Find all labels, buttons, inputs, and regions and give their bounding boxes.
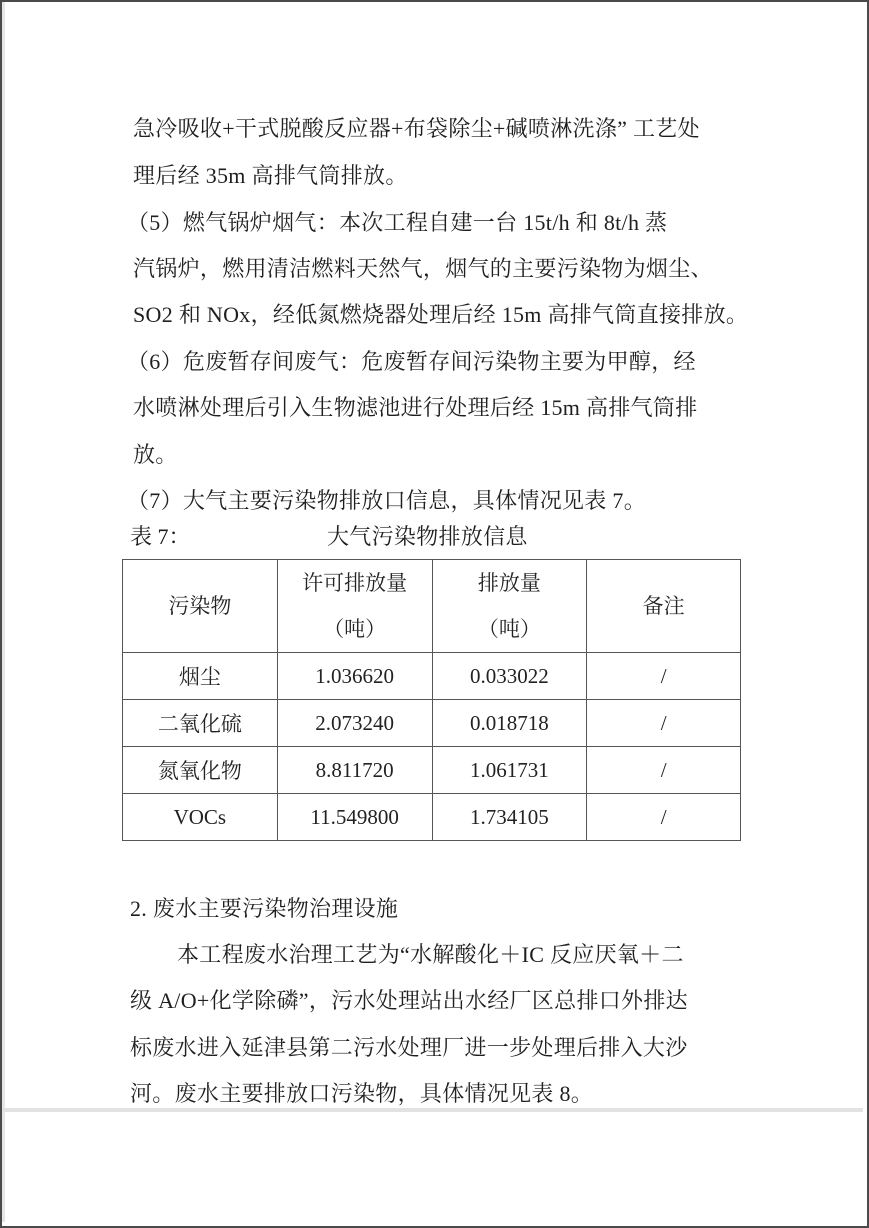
header-pollutant: 污染物 bbox=[123, 560, 278, 653]
paragraph-line: （5）燃气锅炉烟气：本次工程自建一台 15t/h 和 8t/h 蒸 bbox=[127, 208, 667, 238]
section-heading: 2. 废水主要污染物治理设施 bbox=[130, 894, 398, 924]
table-row: 烟尘 1.036620 0.033022 / bbox=[123, 653, 741, 700]
cell-emission: 0.018718 bbox=[432, 700, 587, 747]
table-header-row: 污染物 许可排放量 （吨） 排放量 （吨） 备注 bbox=[123, 560, 741, 653]
header-remark: 备注 bbox=[587, 560, 741, 653]
section-line: 河。废水主要排放口污染物，具体情况见表 8。 bbox=[130, 1079, 593, 1109]
section-line: 级 A/O+化学除磷”，污水处理站出水经厂区总排口外排达 bbox=[130, 986, 688, 1016]
section-line: 标废水进入延津县第二污水处理厂进一步处理后排入大沙 bbox=[130, 1033, 688, 1063]
section-line: 本工程废水治理工艺为“水解酸化＋IC 反应厌氧＋二 bbox=[177, 940, 684, 970]
scan-edge-shadow bbox=[2, 2, 5, 1222]
header-emission-line1: 排放量 bbox=[433, 560, 587, 606]
paragraph-line: 急冷吸收+干式脱酸反应器+布袋除尘+碱喷淋洗涤” 工艺处 bbox=[133, 114, 700, 144]
cell-remark: / bbox=[587, 794, 741, 841]
cell-permitted: 11.549800 bbox=[277, 794, 432, 841]
cell-permitted: 2.073240 bbox=[277, 700, 432, 747]
paragraph-line: （7）大气主要污染物排放口信息，具体情况见表 7。 bbox=[127, 486, 646, 516]
cell-remark: / bbox=[587, 700, 741, 747]
header-permitted: 许可排放量 （吨） bbox=[277, 560, 432, 653]
header-emission: 排放量 （吨） bbox=[432, 560, 587, 653]
cell-pollutant: 烟尘 bbox=[123, 653, 278, 700]
header-permitted-line2: （吨） bbox=[278, 606, 432, 652]
paragraph-line: 汽锅炉，燃用清洁燃料天然气，烟气的主要污染物为烟尘、 bbox=[133, 254, 713, 284]
cell-permitted: 8.811720 bbox=[277, 747, 432, 794]
cell-pollutant: VOCs bbox=[123, 794, 278, 841]
page-divider bbox=[2, 1108, 863, 1112]
paragraph-line: 放。 bbox=[133, 440, 178, 470]
cell-pollutant: 二氧化硫 bbox=[123, 700, 278, 747]
table-label: 表 7： bbox=[130, 522, 191, 552]
cell-emission: 0.033022 bbox=[432, 653, 587, 700]
cell-permitted: 1.036620 bbox=[277, 653, 432, 700]
paragraph-line: 理后经 35m 高排气筒排放。 bbox=[133, 161, 408, 191]
cell-emission: 1.734105 bbox=[432, 794, 587, 841]
cell-emission: 1.061731 bbox=[432, 747, 587, 794]
table-row: 二氧化硫 2.073240 0.018718 / bbox=[123, 700, 741, 747]
paragraph-line: 水喷淋处理后引入生物滤池进行处理后经 15m 高排气筒排 bbox=[133, 393, 698, 423]
table-row: 氮氧化物 8.811720 1.061731 / bbox=[123, 747, 741, 794]
header-permitted-line1: 许可排放量 bbox=[278, 560, 432, 606]
table-row: VOCs 11.549800 1.734105 / bbox=[123, 794, 741, 841]
header-emission-line2: （吨） bbox=[433, 606, 587, 652]
cell-remark: / bbox=[587, 747, 741, 794]
table-title: 大气污染物排放信息 bbox=[327, 522, 528, 552]
emissions-table: 污染物 许可排放量 （吨） 排放量 （吨） 备注 烟尘 1.036620 0.0… bbox=[122, 559, 741, 841]
cell-remark: / bbox=[587, 653, 741, 700]
paragraph-line: SO2 和 NOx，经低氮燃烧器处理后经 15m 高排气筒直接排放。 bbox=[133, 300, 748, 330]
cell-pollutant: 氮氧化物 bbox=[123, 747, 278, 794]
paragraph-line: （6）危废暂存间废气：危废暂存间污染物主要为甲醇，经 bbox=[127, 347, 696, 377]
